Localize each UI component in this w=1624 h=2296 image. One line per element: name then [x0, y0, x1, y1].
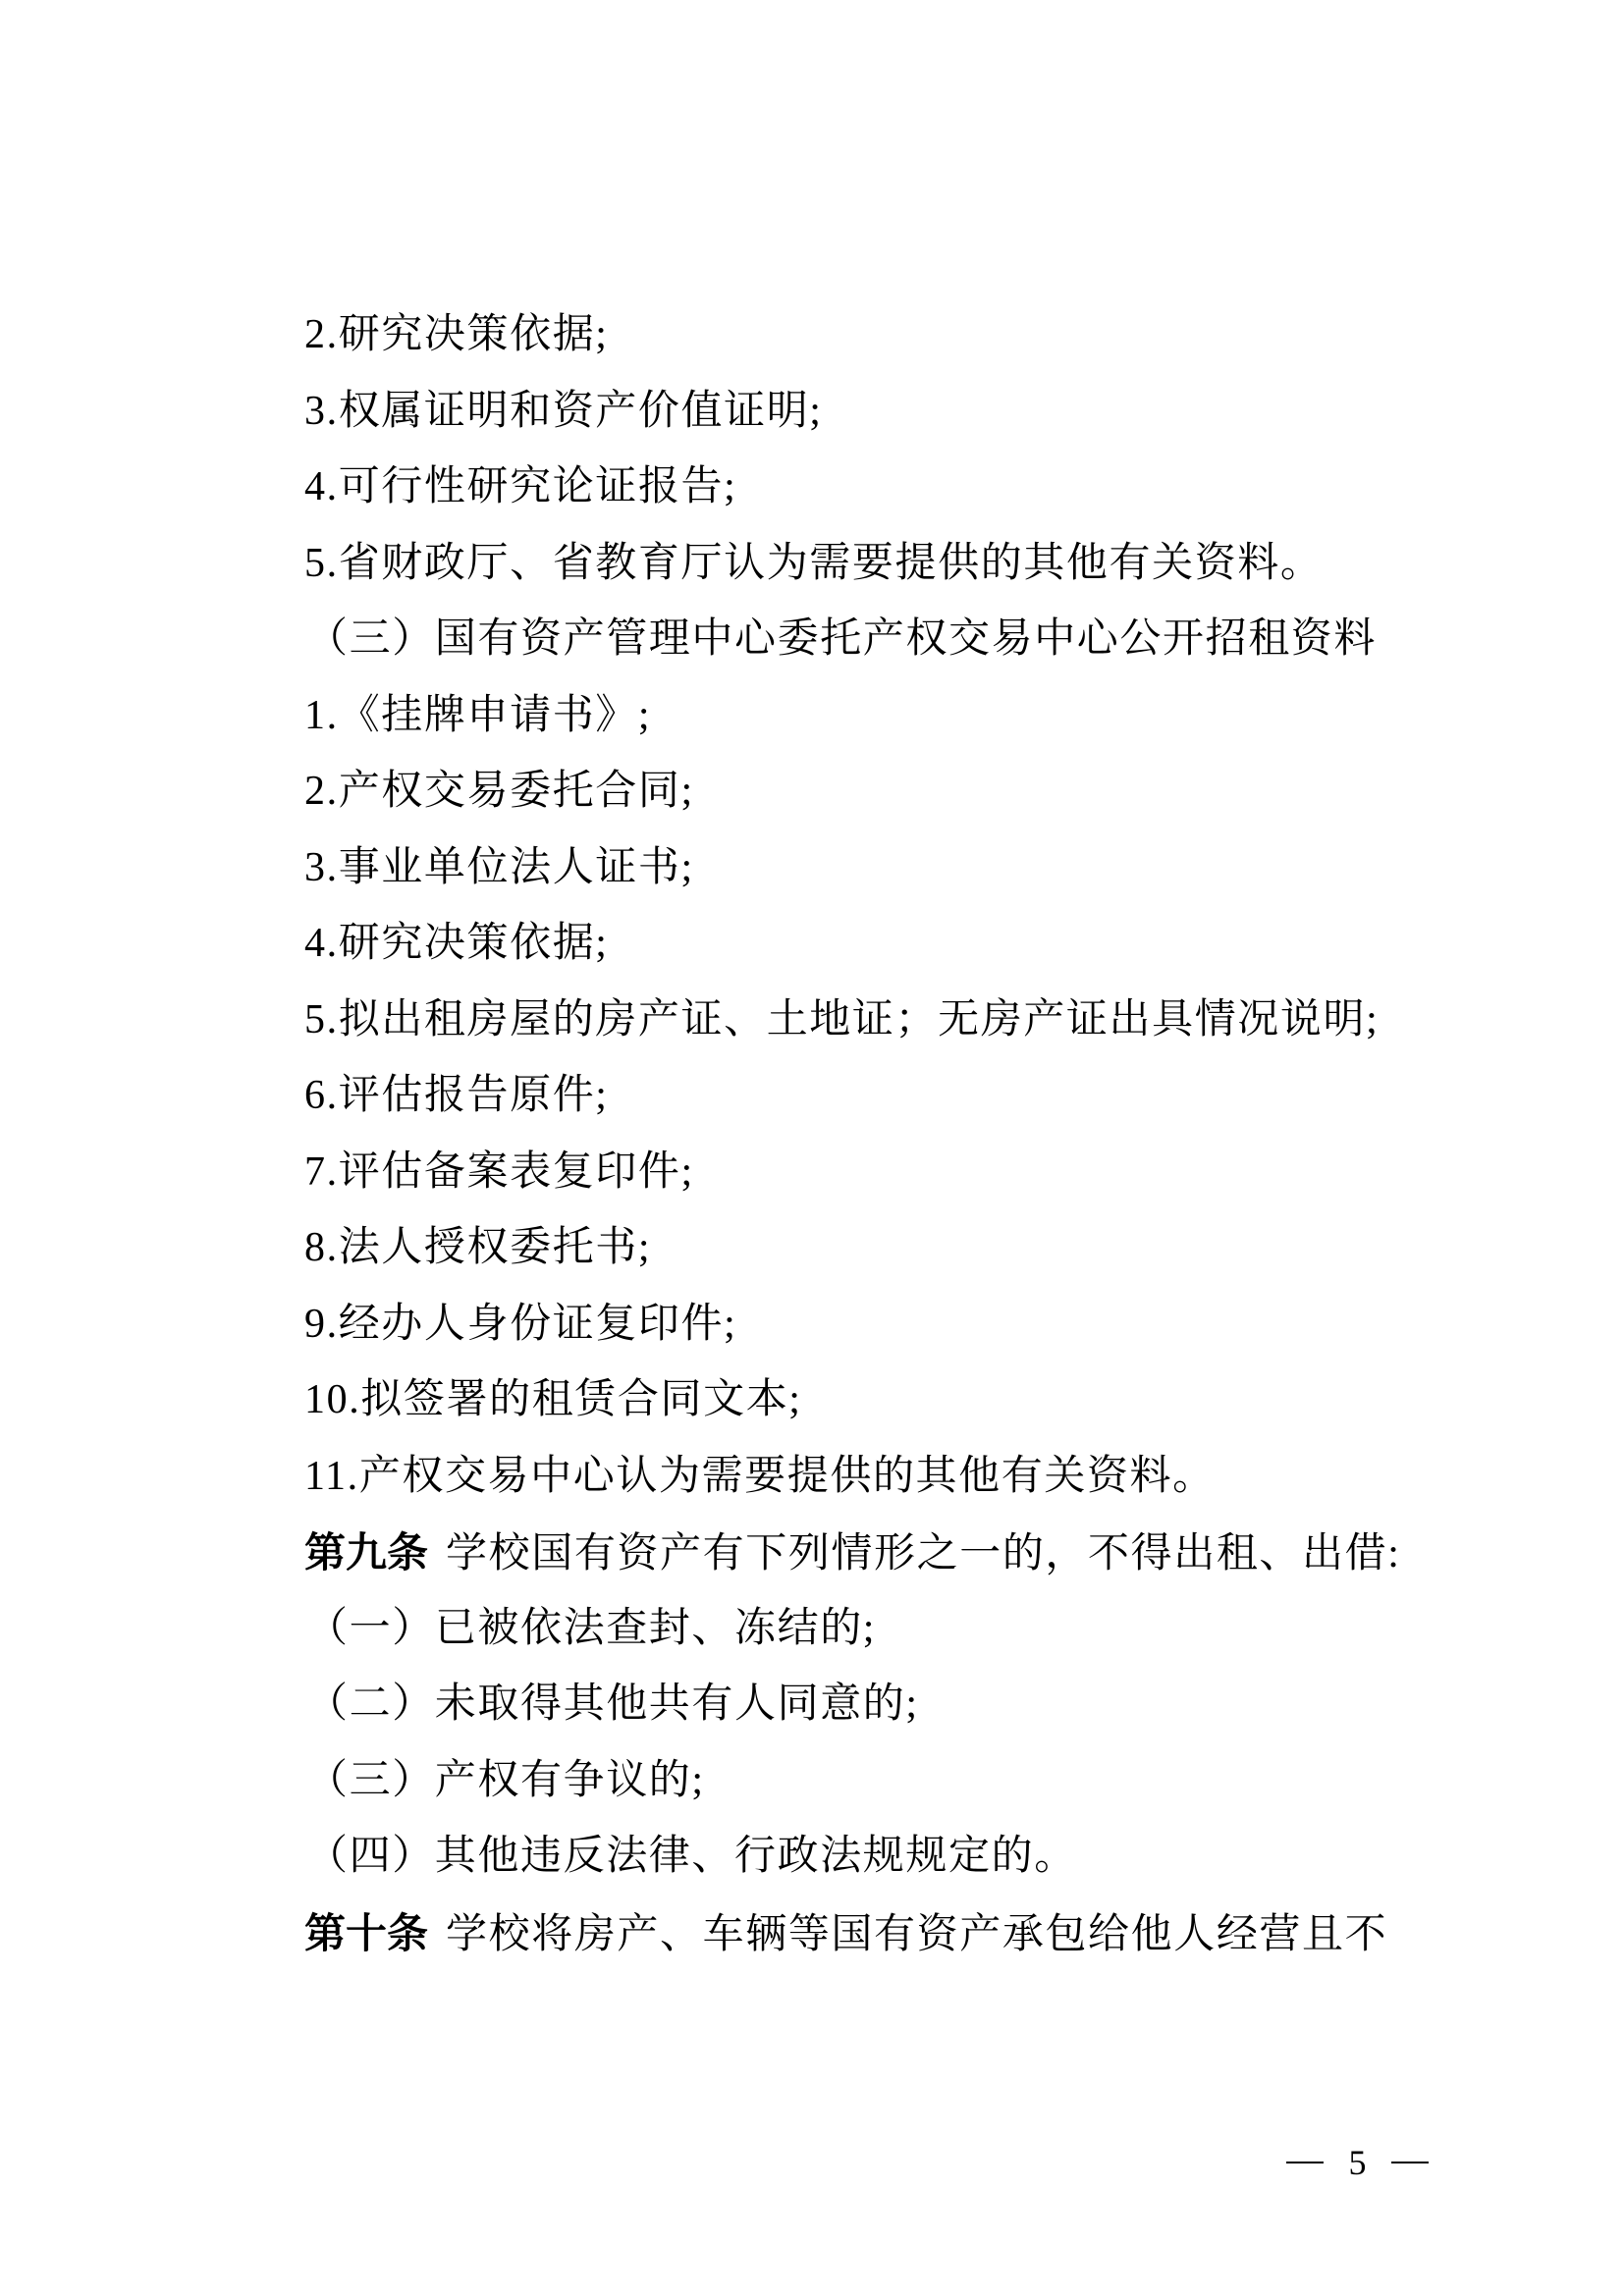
list-item: 1.《挂牌申请书》; — [304, 678, 1443, 755]
list-item: 10.拟签署的租赁合同文本; — [304, 1362, 1443, 1439]
list-item: 3.事业单位法人证书; — [304, 830, 1443, 907]
document-page: 2.研究决策依据; 3.权属证明和资产价值证明; 4.可行性研究论证报告; 5.… — [0, 0, 1624, 2296]
list-item: 2.产权交易委托合同; — [304, 754, 1443, 830]
list-item: 5.拟出租房屋的房产证、土地证；无房产证出具情况说明; — [304, 983, 1443, 1059]
list-item: 4.研究决策依据; — [304, 906, 1443, 983]
document-body: 2.研究决策依据; 3.权属证明和资产价值证明; 4.可行性研究论证报告; 5.… — [304, 297, 1443, 1971]
page-number-value: 5 — [1349, 2138, 1367, 2187]
list-item: （三）产权有争议的; — [306, 1743, 1443, 1820]
article-text: 学校国有资产有下列情形之一的，不得出租、出借: — [446, 1531, 1400, 1576]
list-item: （四）其他违反法律、行政法规规定的。 — [306, 1819, 1443, 1896]
article-10: 第十条学校将房产、车辆等国有资产承包给他人经营且不 — [304, 1896, 1443, 1972]
list-item: 11.产权交易中心认为需要提供的其他有关资料。 — [304, 1439, 1443, 1516]
page-number: 5 — [1286, 2138, 1429, 2187]
list-item: （一）已被依法查封、冻结的; — [306, 1591, 1443, 1668]
list-item: （二）未取得其他共有人同意的; — [306, 1667, 1443, 1743]
list-item: 8.法人授权委托书; — [304, 1210, 1443, 1287]
list-item: 2.研究决策依据; — [304, 297, 1443, 374]
list-item: 6.评估报告原件; — [304, 1058, 1443, 1135]
article-label: 第九条 — [304, 1528, 428, 1576]
article-text: 学校将房产、车辆等国有资产承包给他人经营且不 — [446, 1912, 1387, 1957]
list-item: 9.经办人身份证复印件; — [304, 1287, 1443, 1363]
dash-left — [1286, 2162, 1324, 2163]
list-item: 3.权属证明和资产价值证明; — [304, 374, 1443, 451]
list-item: 4.可行性研究论证报告; — [304, 450, 1443, 526]
dash-right — [1391, 2162, 1429, 2163]
section-heading: （三）国有资产管理中心委托产权交易中心公开招租资料 — [306, 602, 1443, 678]
list-item: 5.省财政厅、省教育厅认为需要提供的其他有关资料。 — [304, 526, 1443, 603]
article-9: 第九条学校国有资产有下列情形之一的，不得出租、出借: — [304, 1515, 1443, 1591]
article-label: 第十条 — [304, 1909, 428, 1957]
list-item: 7.评估备案表复印件; — [304, 1135, 1443, 1211]
